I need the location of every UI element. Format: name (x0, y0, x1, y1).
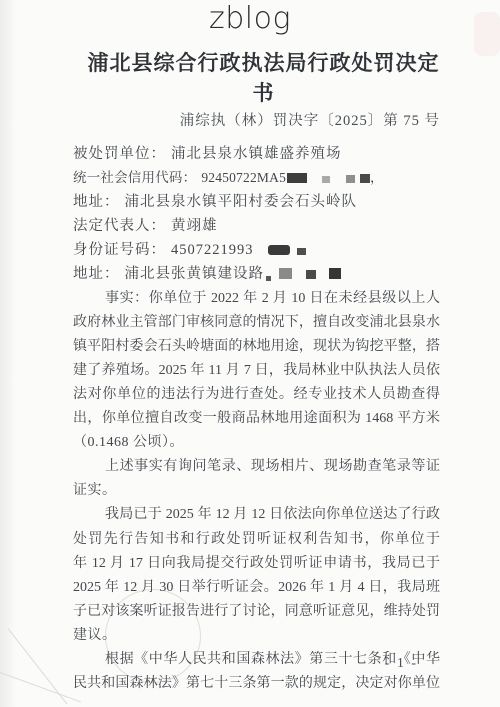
field-row-unit-address: 地址：浦北县泉水镇平阳村委会石头岭队 (73, 190, 440, 214)
field-value: 黄翊雄 (171, 218, 218, 234)
redaction-block (346, 175, 355, 183)
field-row-legal-representative: 法定代表人：黄翊雄 (73, 214, 440, 238)
paper-fold-line (8, 628, 68, 704)
body-line: 法对你单位的违法行为进行查处。经专业技术人员勘查得 (73, 383, 440, 407)
scan-edge-shadow (0, 0, 16, 707)
body-line: 处罚先行告知书和行政处罚听证权利告知书，你单位于 2025 (73, 528, 440, 552)
body-line: 2025 年 12 月 30 日举行听证会。2026 年 1 月 4 日，我局班 (73, 576, 440, 600)
body-line: 政府林业主管部门审核同意的情况下，擅自改变浦北县泉水 (73, 311, 440, 335)
body-line: 年 12 月 17 日向我局提交行政处罚听证申请书，我局已于 (73, 552, 440, 576)
document-title: 浦北县综合行政执法局行政处罚决定书 (73, 48, 440, 108)
body-line: （0.1468 公顷）。 (73, 431, 440, 455)
field-value: 4507221993 (171, 242, 254, 258)
body-line: 出，你单位擅自改变一般商品林地用途面积为 1468 平方米 (73, 407, 440, 431)
body-line: 证实。 (73, 479, 440, 503)
redaction-block (360, 174, 370, 183)
redaction-block (322, 176, 330, 183)
field-value: 浦北县泉水镇平阳村委会石头岭队 (125, 194, 358, 210)
field-label: 身份证号码： (73, 242, 166, 258)
redaction-block (297, 248, 306, 255)
field-label: 法定代表人： (73, 218, 166, 234)
body-line: 我局已于 2025 年 12 月 12 日依法向你单位送达了行政 (73, 503, 440, 527)
redaction-block (306, 270, 316, 279)
redaction-block (279, 268, 292, 279)
field-row-credit-code: 统一社会信用代码：92450722MA5， (73, 166, 440, 190)
field-row-rep-address: 地址：浦北县张黄镇建设路 (73, 262, 440, 286)
field-suffix: ， (370, 170, 384, 185)
field-label: 地址： (73, 266, 120, 282)
field-row-id-number: 身份证号码：4507221993 (73, 238, 440, 262)
field-label: 被处罚单位： (73, 146, 166, 162)
body-line: 民共和国森林法》第七十三条第一款的规定，决定对你单位 (73, 672, 440, 696)
body-line: 镇平阳村委会石头岭塘面的林地用途，现状为钩挖平整，搭 (73, 335, 440, 359)
site-watermark: zblog (0, 1, 500, 36)
body-line: 上述事实有询问笔录、现场相片、现场勘查笔录等证据 (73, 455, 440, 479)
field-value: 浦北县张黄镇建设路 (125, 266, 265, 282)
body-line: 建了养殖场。2025 年 11 月 7 日，我局林业中队执法人员依 (73, 359, 440, 383)
field-value: 浦北县泉水镇雄盛养殖场 (171, 146, 342, 162)
page-number: - 1 - (385, 656, 418, 672)
body-line: 建议。 (73, 624, 440, 648)
redaction-block (287, 173, 307, 183)
field-label: 统一社会信用代码： (73, 170, 196, 185)
document-body: 事实：你单位于 2022 年 2 月 10 日在未经县级以上人民 政府林业主管部… (73, 287, 440, 697)
body-line: 事实：你单位于 2022 年 2 月 10 日在未经县级以上人民 (73, 287, 440, 311)
field-value: 92450722MA5 (201, 170, 286, 185)
field-row-penalized-unit: 被处罚单位：浦北县泉水镇雄盛养殖场 (73, 142, 440, 166)
body-line: 子已对该案听证报告进行了讨论，同意听证意见，维持处罚 (73, 600, 440, 624)
redaction-block (268, 245, 290, 255)
redaction-block (266, 276, 271, 281)
field-label: 地址： (73, 194, 120, 210)
fields-section: 被处罚单位：浦北县泉水镇雄盛养殖场 统一社会信用代码：92450722MA5， … (73, 142, 440, 287)
redaction-block (329, 268, 341, 279)
document-number: 浦综执（林）罚决字〔2025〕第 75 号 (73, 112, 440, 130)
penalty-decision-document: 浦北县综合行政执法局行政处罚决定书 浦综执（林）罚决字〔2025〕第 75 号 … (73, 48, 440, 696)
